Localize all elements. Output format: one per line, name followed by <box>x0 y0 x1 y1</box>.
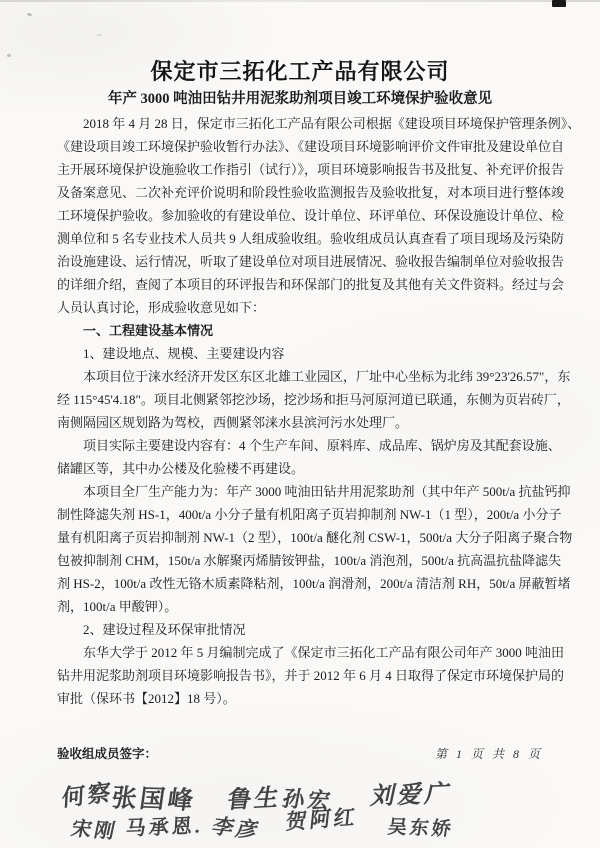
text-line: 项目实际主要建设内容有：4 个生产车间、原料库、成品库、锅炉房及其配套设施、 <box>57 434 543 457</box>
paragraph: 2018 年 4 月 28 日，保定市三拓化工产品有限公司根据《建设项目环境保护… <box>57 112 543 319</box>
document-footer: 验收组成员签字： 第 1 页 共 8 页 <box>57 744 543 762</box>
signature: 吴东娇 <box>386 812 456 841</box>
signature: 鲁生 <box>225 777 285 815</box>
paragraph: 本项目全厂生产能力为：年产 3000 吨油田钻井用泥浆助剂（其中年产 500t/… <box>57 480 543 618</box>
text-line: 经 115°45'4.18"。项目北侧紧邻挖沙场，挖沙场和拒马河原河道已联通，东… <box>57 388 543 411</box>
scan-speck-artifact <box>96 33 102 36</box>
text-line: 包被抑制剂 CHM，150t/a 水解聚丙烯腈铵钾盐，100t/a 消泡剂，50… <box>57 549 543 572</box>
text-line: 南侧隔园区规划路为驾校，西侧紧邻涞水县滨河污水处理厂。 <box>57 411 543 434</box>
text-line: 储罐区等，其中办公楼及化验楼不再建设。 <box>57 457 543 480</box>
text-line: 审批（保环书【2012】18 号）。 <box>57 687 543 710</box>
heading-line: 2、建设过程及环保审批情况 <box>57 618 543 641</box>
signature: 贺阿红 <box>284 801 359 836</box>
signature: 何察 <box>61 773 114 813</box>
text-line: 本项目全厂生产能力为：年产 3000 吨油田钻井用泥浆助剂（其中年产 500t/… <box>57 480 543 503</box>
text-line: 2018 年 4 月 28 日，保定市三拓化工产品有限公司根据《建设项目环境保护… <box>57 112 543 135</box>
text-line: 治设施建设、运行情况，听取了建设单位对项目进展情况、验收报告编制单位对验收报告 <box>57 250 543 273</box>
scan-edge-artifact <box>0 0 600 2</box>
text-line: 东华大学于 2012 年 5 月编制完成了《保定市三拓化工产品有限公司年产 30… <box>57 641 543 664</box>
signature: 刘爱广 <box>368 773 456 811</box>
text-line: 主开展环境保护设施验收工作指引（试行）》，项目环境影响报告书及批复、补充评价报告 <box>57 158 543 181</box>
scan-speck-artifact <box>27 12 33 17</box>
heading-line: 1、建设地点、规模、主要建设内容 <box>57 342 543 365</box>
heading-line: 一、工程建设基本情况 <box>57 319 543 342</box>
paragraph: 东华大学于 2012 年 5 月编制完成了《保定市三拓化工产品有限公司年产 30… <box>57 641 543 710</box>
paragraph: 本项目位于涞水经济开发区东区北雄工业园区，厂址中心坐标为北纬 39°23'26.… <box>57 365 543 434</box>
text-line: 人员认真讨论，形成验收意见如下： <box>57 296 543 319</box>
text-line: 制性降滤失剂 HS-1，400t/a 小分子量有机阳离子页岩抑制剂 NW-1（1… <box>57 503 543 526</box>
section-heading: 一、工程建设基本情况 <box>57 319 543 342</box>
text-line: 钻井用泥浆助剂项目环境影响报告书》，并于 2012 年 6 月 4 日取得了保定… <box>57 664 543 687</box>
section-heading: 1、建设地点、规模、主要建设内容 <box>57 342 543 365</box>
handwritten-signatures: 何察张国峰鲁生孙宏刘爱广宋刚马承恩.李彦贺阿红吴东娇 <box>0 772 600 848</box>
paragraph: 项目实际主要建设内容有：4 个生产车间、原料库、成品库、锅炉房及其配套设施、储罐… <box>57 434 543 480</box>
text-line: 剂 HS-2，100t/a 改性无铬木质素降粘剂，100t/a 润滑剂，200t… <box>57 572 543 595</box>
text-line: 本项目位于涞水经济开发区东区北雄工业园区，厂址中心坐标为北纬 39°23'26.… <box>57 365 543 388</box>
text-line: 工环境保护验收。参加验收的有建设单位、设计单位、环评单位、环保设施设计单位、检 <box>57 204 543 227</box>
scanned-document-page: 保定市三拓化工产品有限公司 年产 3000 吨油田钻井用泥浆助剂项目竣工环境保护… <box>0 0 600 848</box>
text-line: 剂，100t/a 甲酸钾）。 <box>57 595 543 618</box>
text-line: 测单位和 5 名专业技术人员共 9 人组成验收组。验收组成员认真查看了项目现场及… <box>57 227 543 250</box>
signature: 李彦 <box>208 810 265 844</box>
page-number: 第 1 页 共 8 页 <box>435 745 543 762</box>
signature: 马承恩. <box>125 809 203 841</box>
text-line: 的详细介绍，查阅了本项目的环评报告和环保部门的批复及其他有关文件资料。经过与会 <box>57 273 543 296</box>
signature: 宋刚 <box>69 812 121 844</box>
document-subtitle: 年产 3000 吨油田钻井用泥浆助剂项目竣工环境保护验收意见 <box>0 87 600 108</box>
text-line: 《建设项目竣工环境保护验收暂行办法》、《建设项目环境影响评价文件审批及建设单位自 <box>57 135 543 158</box>
text-line: 及备案意见、二次补充评价说明和阶段性验收监测报告及验收批复，对本项目进行整体竣 <box>57 181 543 204</box>
scan-corner-mark-artifact <box>552 0 566 7</box>
section-heading: 2、建设过程及环保审批情况 <box>57 618 543 641</box>
document-body: 2018 年 4 月 28 日，保定市三拓化工产品有限公司根据《建设项目环境保护… <box>57 112 543 710</box>
document-title: 保定市三拓化工产品有限公司 <box>0 55 600 86</box>
text-line: 量有机阳离子页岩抑制剂 NW-1（2 型），100t/a 醚化剂 CSW-1，5… <box>57 526 543 549</box>
signature-section-label: 验收组成员签字： <box>57 744 157 762</box>
